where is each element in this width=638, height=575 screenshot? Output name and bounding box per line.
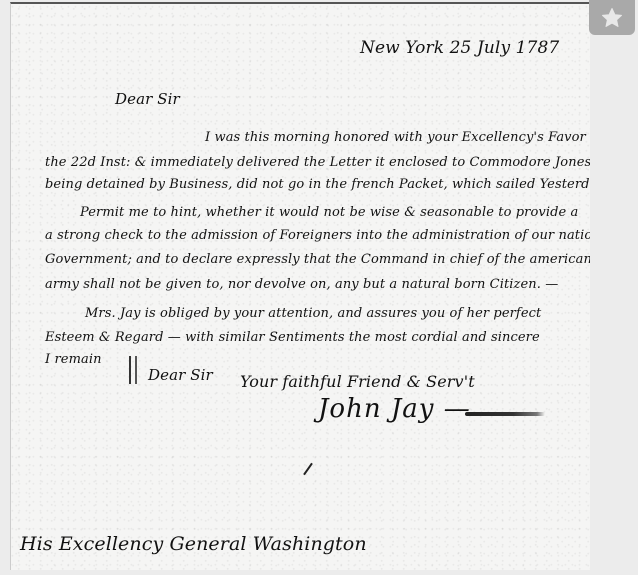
body-line: Permit me to hint, whether it would not … [80,205,578,220]
body-line: I was this morning honored with your Exc… [205,130,603,145]
body-line: a strong check to the admission of Forei… [45,228,613,243]
body-line: Mrs. Jay is obliged by your attention, a… [85,306,541,321]
body-line: the 22d Inst: & immediately delivered th… [45,155,627,170]
signature-flourish [465,412,545,416]
closing-salutation: Dear Sir [148,366,213,384]
body-line: army shall not be given to, nor devolve … [45,277,558,292]
document-viewer: New York 25 July 1787 Dear Sir I was thi… [0,0,638,575]
addressee: His Excellency General Washington [20,533,367,555]
body-line: being detained by Business, did not go i… [45,177,622,192]
viewer-gutter [590,35,638,575]
dateline: New York 25 July 1787 [360,38,559,58]
star-icon [600,6,624,30]
body-line: I remain [45,352,102,367]
body-line: Government; and to declare expressly tha… [45,252,592,267]
favorite-star-button[interactable] [589,0,635,35]
signature: John Jay — [318,394,471,424]
salutation: Dear Sir [115,90,180,108]
body-line: Esteem & Regard — with similar Sentiment… [45,330,540,345]
closing-line: Your faithful Friend & Serv't [240,372,475,391]
ink-mark [129,356,137,384]
